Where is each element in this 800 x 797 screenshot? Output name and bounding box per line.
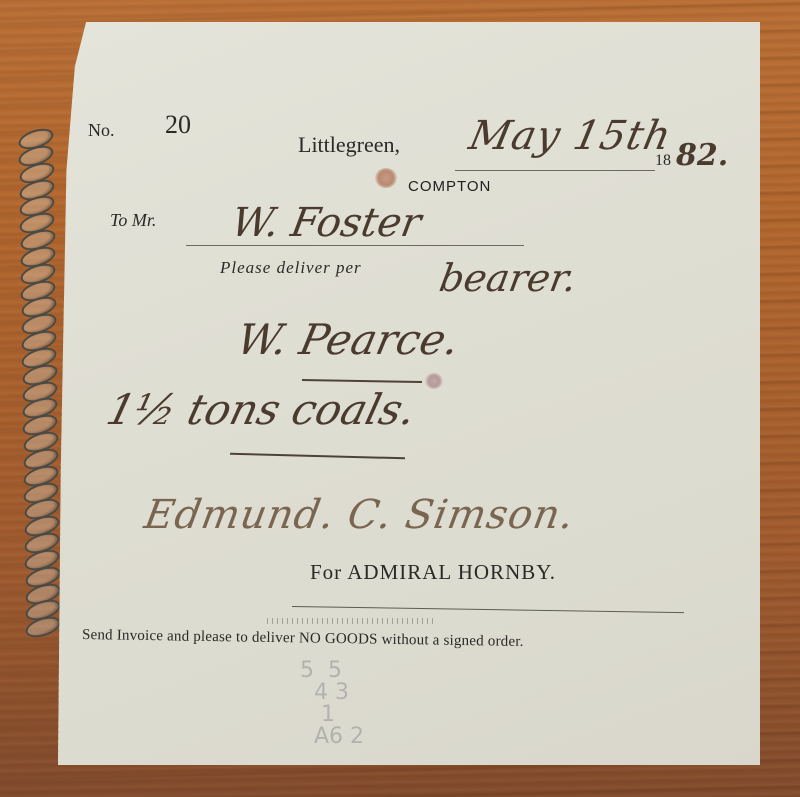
recipient-handwritten: W. Foster <box>228 200 425 246</box>
wavy-rule <box>265 618 435 624</box>
year-handwritten: 82. <box>676 138 728 173</box>
pin-hole-mark <box>425 373 443 389</box>
bearer-name-handwritten: W. Pearce. <box>233 315 464 364</box>
place-name: Littlegreen, <box>298 132 400 158</box>
deliver-method-handwritten: bearer. <box>436 256 580 300</box>
stain-mark <box>375 168 397 188</box>
spiral-binding <box>18 130 58 635</box>
pencil-marks: 5 5 4 3 1 A6 2 <box>300 660 364 748</box>
for-admiral-label: For ADMIRAL HORNBY. <box>310 560 556 585</box>
year-prefix: 18 <box>655 152 671 170</box>
order-number-value: 20 <box>165 110 191 140</box>
location-stamp: COMPTON <box>408 178 491 195</box>
date-rule <box>455 170 655 171</box>
deliver-label: Please deliver per <box>220 258 362 278</box>
goods-handwritten: 1½ tons coals. <box>102 385 421 434</box>
signature-handwritten: Edmund. C. Simson. <box>141 492 578 538</box>
to-label: To Mr. <box>110 210 156 231</box>
order-number-label: No. <box>88 120 115 141</box>
date-handwritten: May 15th <box>465 113 676 159</box>
